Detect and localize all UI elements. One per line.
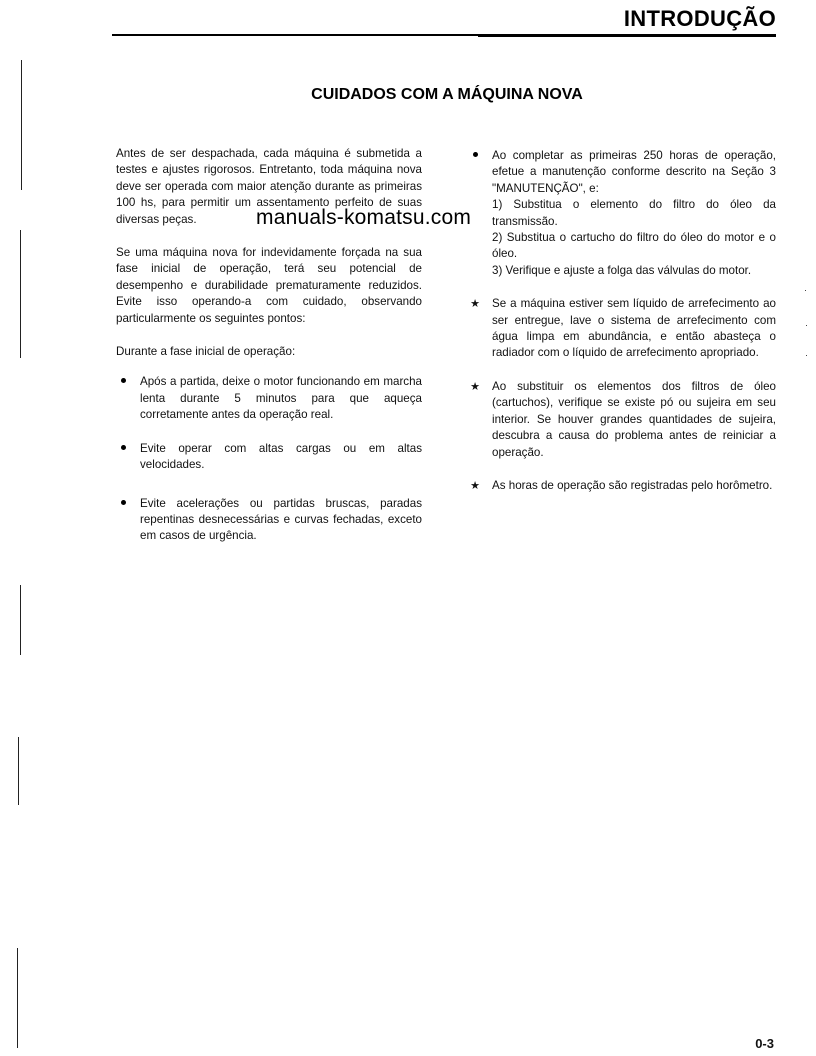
bullet-icon [468, 148, 482, 164]
list-item: Evite acelerações ou partidas bruscas, p… [116, 496, 422, 545]
scan-artifact-dot [806, 355, 807, 356]
list-item-text: Evite operar com altas cargas ou em alta… [140, 442, 422, 471]
star-icon: ★ [468, 478, 482, 494]
scan-artifact-line [18, 737, 19, 805]
bullet-icon [116, 496, 130, 512]
watermark-text: manuals-komatsu.com [256, 206, 471, 230]
scan-artifact-line [20, 585, 21, 655]
star-icon: ★ [468, 379, 482, 395]
scan-artifact-line [17, 948, 18, 1048]
list-item-text: Evite acelerações ou partidas bruscas, p… [140, 497, 422, 543]
maintenance-intro: Ao completar as primeiras 250 horas de o… [492, 148, 776, 197]
scan-artifact-line [21, 60, 22, 190]
scan-artifact-line [20, 230, 21, 358]
bullet-icon [116, 441, 130, 457]
page-title: CUIDADOS COM A MÁQUINA NOVA [0, 86, 816, 104]
scan-artifact-dot [805, 290, 806, 291]
list-item: Após a partida, deixe o motor funcionand… [116, 374, 422, 423]
list-item-text: Após a partida, deixe o motor funcionand… [140, 375, 422, 421]
right-column: Ao completar as primeiras 250 horas de o… [468, 148, 776, 511]
maintenance-item: Ao completar as primeiras 250 horas de o… [468, 148, 776, 279]
maintenance-step: 1) Substitua o elemento do filtro do óle… [492, 197, 776, 230]
star-icon: ★ [468, 296, 482, 312]
bullet-icon [116, 374, 130, 390]
note-text: As horas de operação são registradas pel… [492, 479, 772, 492]
note-item: ★ Se a máquina estiver sem líquido de ar… [468, 296, 776, 362]
maintenance-step: 2) Substitua o cartucho do filtro do óle… [492, 230, 776, 263]
warning-paragraph: Se uma máquina nova for indevidamente fo… [116, 245, 422, 327]
maintenance-step: 3) Verifique e ajuste a folga das válvul… [492, 263, 776, 279]
note-item: ★ As horas de operação são registradas p… [468, 478, 776, 494]
list-item: Evite operar com altas cargas ou em alta… [116, 441, 422, 474]
page-number: 0-3 [755, 1036, 774, 1051]
note-text: Se a máquina estiver sem líquido de arre… [492, 297, 776, 359]
section-header-title: INTRODUÇÃO [624, 6, 776, 32]
initial-phase-label: Durante a fase inicial de operação: [116, 344, 422, 360]
note-item: ★ Ao substituir os elementos dos filtros… [468, 379, 776, 461]
note-text: Ao substituir os elementos dos filtros d… [492, 380, 776, 459]
header-divider-thick [478, 34, 776, 37]
scan-artifact-dot [806, 325, 807, 326]
